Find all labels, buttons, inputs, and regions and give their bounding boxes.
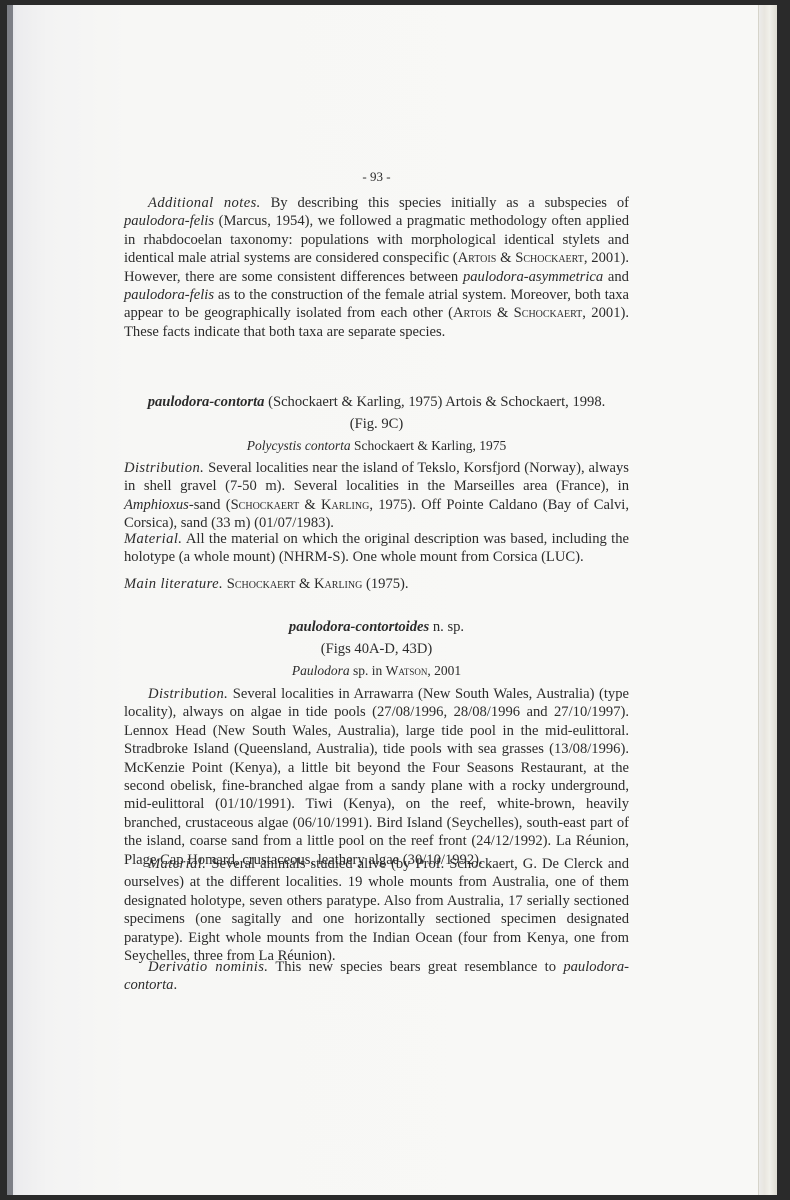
additional-notes-section: Additional notes. By describing this spe… <box>124 194 629 341</box>
additional-notes-paragraph: Additional notes. By describing this spe… <box>124 194 629 341</box>
synonym-line: Polycystis contorta Schockaert & Karling… <box>124 437 629 455</box>
page-edge <box>758 5 777 1195</box>
species-name: paulodora-contortoides <box>289 619 429 635</box>
scanned-page: - 93 - Additional notes. By describing t… <box>7 5 777 1195</box>
page-number: - 93 - <box>124 168 629 186</box>
book-spine-shadow <box>7 5 13 1195</box>
material-section: Material. Several animals studied alive … <box>124 855 629 965</box>
derivatio-section: Derivatio nominis. This new species bear… <box>124 958 629 995</box>
citation: Artois & Schockaert <box>453 305 582 321</box>
species-heading: paulodora-contorta (Schockaert & Karling… <box>124 393 629 411</box>
material-section: Material. All the material on which the … <box>124 530 629 567</box>
literature-section: Main literature. Schockaert & Karling (1… <box>124 575 629 593</box>
figure-reference: (Figs 40A-D, 43D) <box>124 640 629 658</box>
distribution-section: Distribution. Several localities in Arra… <box>124 685 629 869</box>
species-name: paulodora-contorta <box>148 394 265 410</box>
figure-reference: (Fig. 9C) <box>124 415 629 433</box>
species-heading: paulodora-contortoides n. sp. <box>124 618 629 636</box>
distribution-section: Distribution. Several localities near th… <box>124 459 629 533</box>
section-label: Additional notes. <box>148 195 261 211</box>
synonym-line: Paulodora sp. in Watson, 2001 <box>124 662 629 680</box>
citation: Artois & Schockaert <box>458 250 584 266</box>
